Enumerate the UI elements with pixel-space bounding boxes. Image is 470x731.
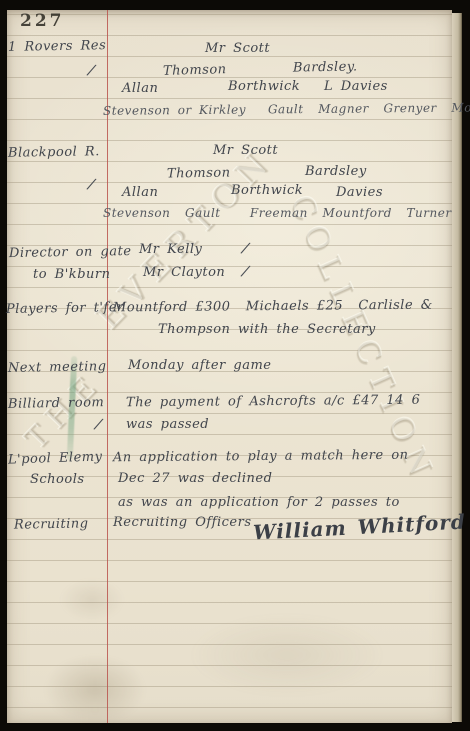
lineup-back-line: Stevenson Gault Freeman Mountford Turner [103,207,452,220]
passes-application-line: as was an application for 2 passes to [118,496,400,510]
entry-label-director-gate: Director on gate [9,245,132,261]
entry-label-blackpool: Blackpool R. [8,145,100,161]
lineup-name: Thomson [167,166,231,181]
lineup-name: Borthwick [228,80,300,94]
referee-name: Mr Scott [213,144,278,158]
entry-label-transfers: Players for t'fer [6,301,124,317]
transfer-fees-line: Thompson with the Secretary [158,323,376,337]
page-stack-edge [452,13,462,722]
transfer-fees-line: Mountford £300 Michaels £25 Carlisle & [113,299,433,316]
recruiting-line: Recruiting Officers [113,516,252,530]
entry-label-billiard-room: Billiard room [8,396,105,412]
entry-label-recruiting: Recruiting [14,517,89,533]
director-destination: to B'kburn [33,268,110,282]
lineup-name: Bardsley. [293,60,358,75]
lineup-name: Thomson [163,63,227,79]
schools-application-line: An application to play a match here on [113,449,409,466]
page-number-stamp: 227 [20,11,65,31]
lineup-name: Borthwick [231,184,303,198]
director-name: Mr Kelly [139,243,202,257]
billiard-payment-line: was passed [126,418,209,432]
scanned-ledger-page: THE EVERTON COLLECTION 227 1 Rovers Res … [0,0,470,731]
billiard-payment-line: The payment of Ashcrofts a/c £47 14 6 [126,394,420,411]
lineup-name: Bardsley [305,165,367,179]
lineup-name: Davies [336,186,383,200]
entry-label-rovers-res: 1 Rovers Res [8,39,106,55]
entry-label-schools: Schools [30,473,85,487]
schools-application-line: Dec 27 was declined [118,472,272,486]
lineup-name: Allan [122,82,158,96]
director-name: Mr Clayton [143,266,225,280]
next-meeting-line: Monday after game [128,359,271,373]
lineup-name: Allan [122,186,158,200]
lineup-name: L Davies [324,80,388,94]
entry-label-next-meeting: Next meeting [8,360,107,376]
referee-name: Mr Scott [205,42,270,56]
